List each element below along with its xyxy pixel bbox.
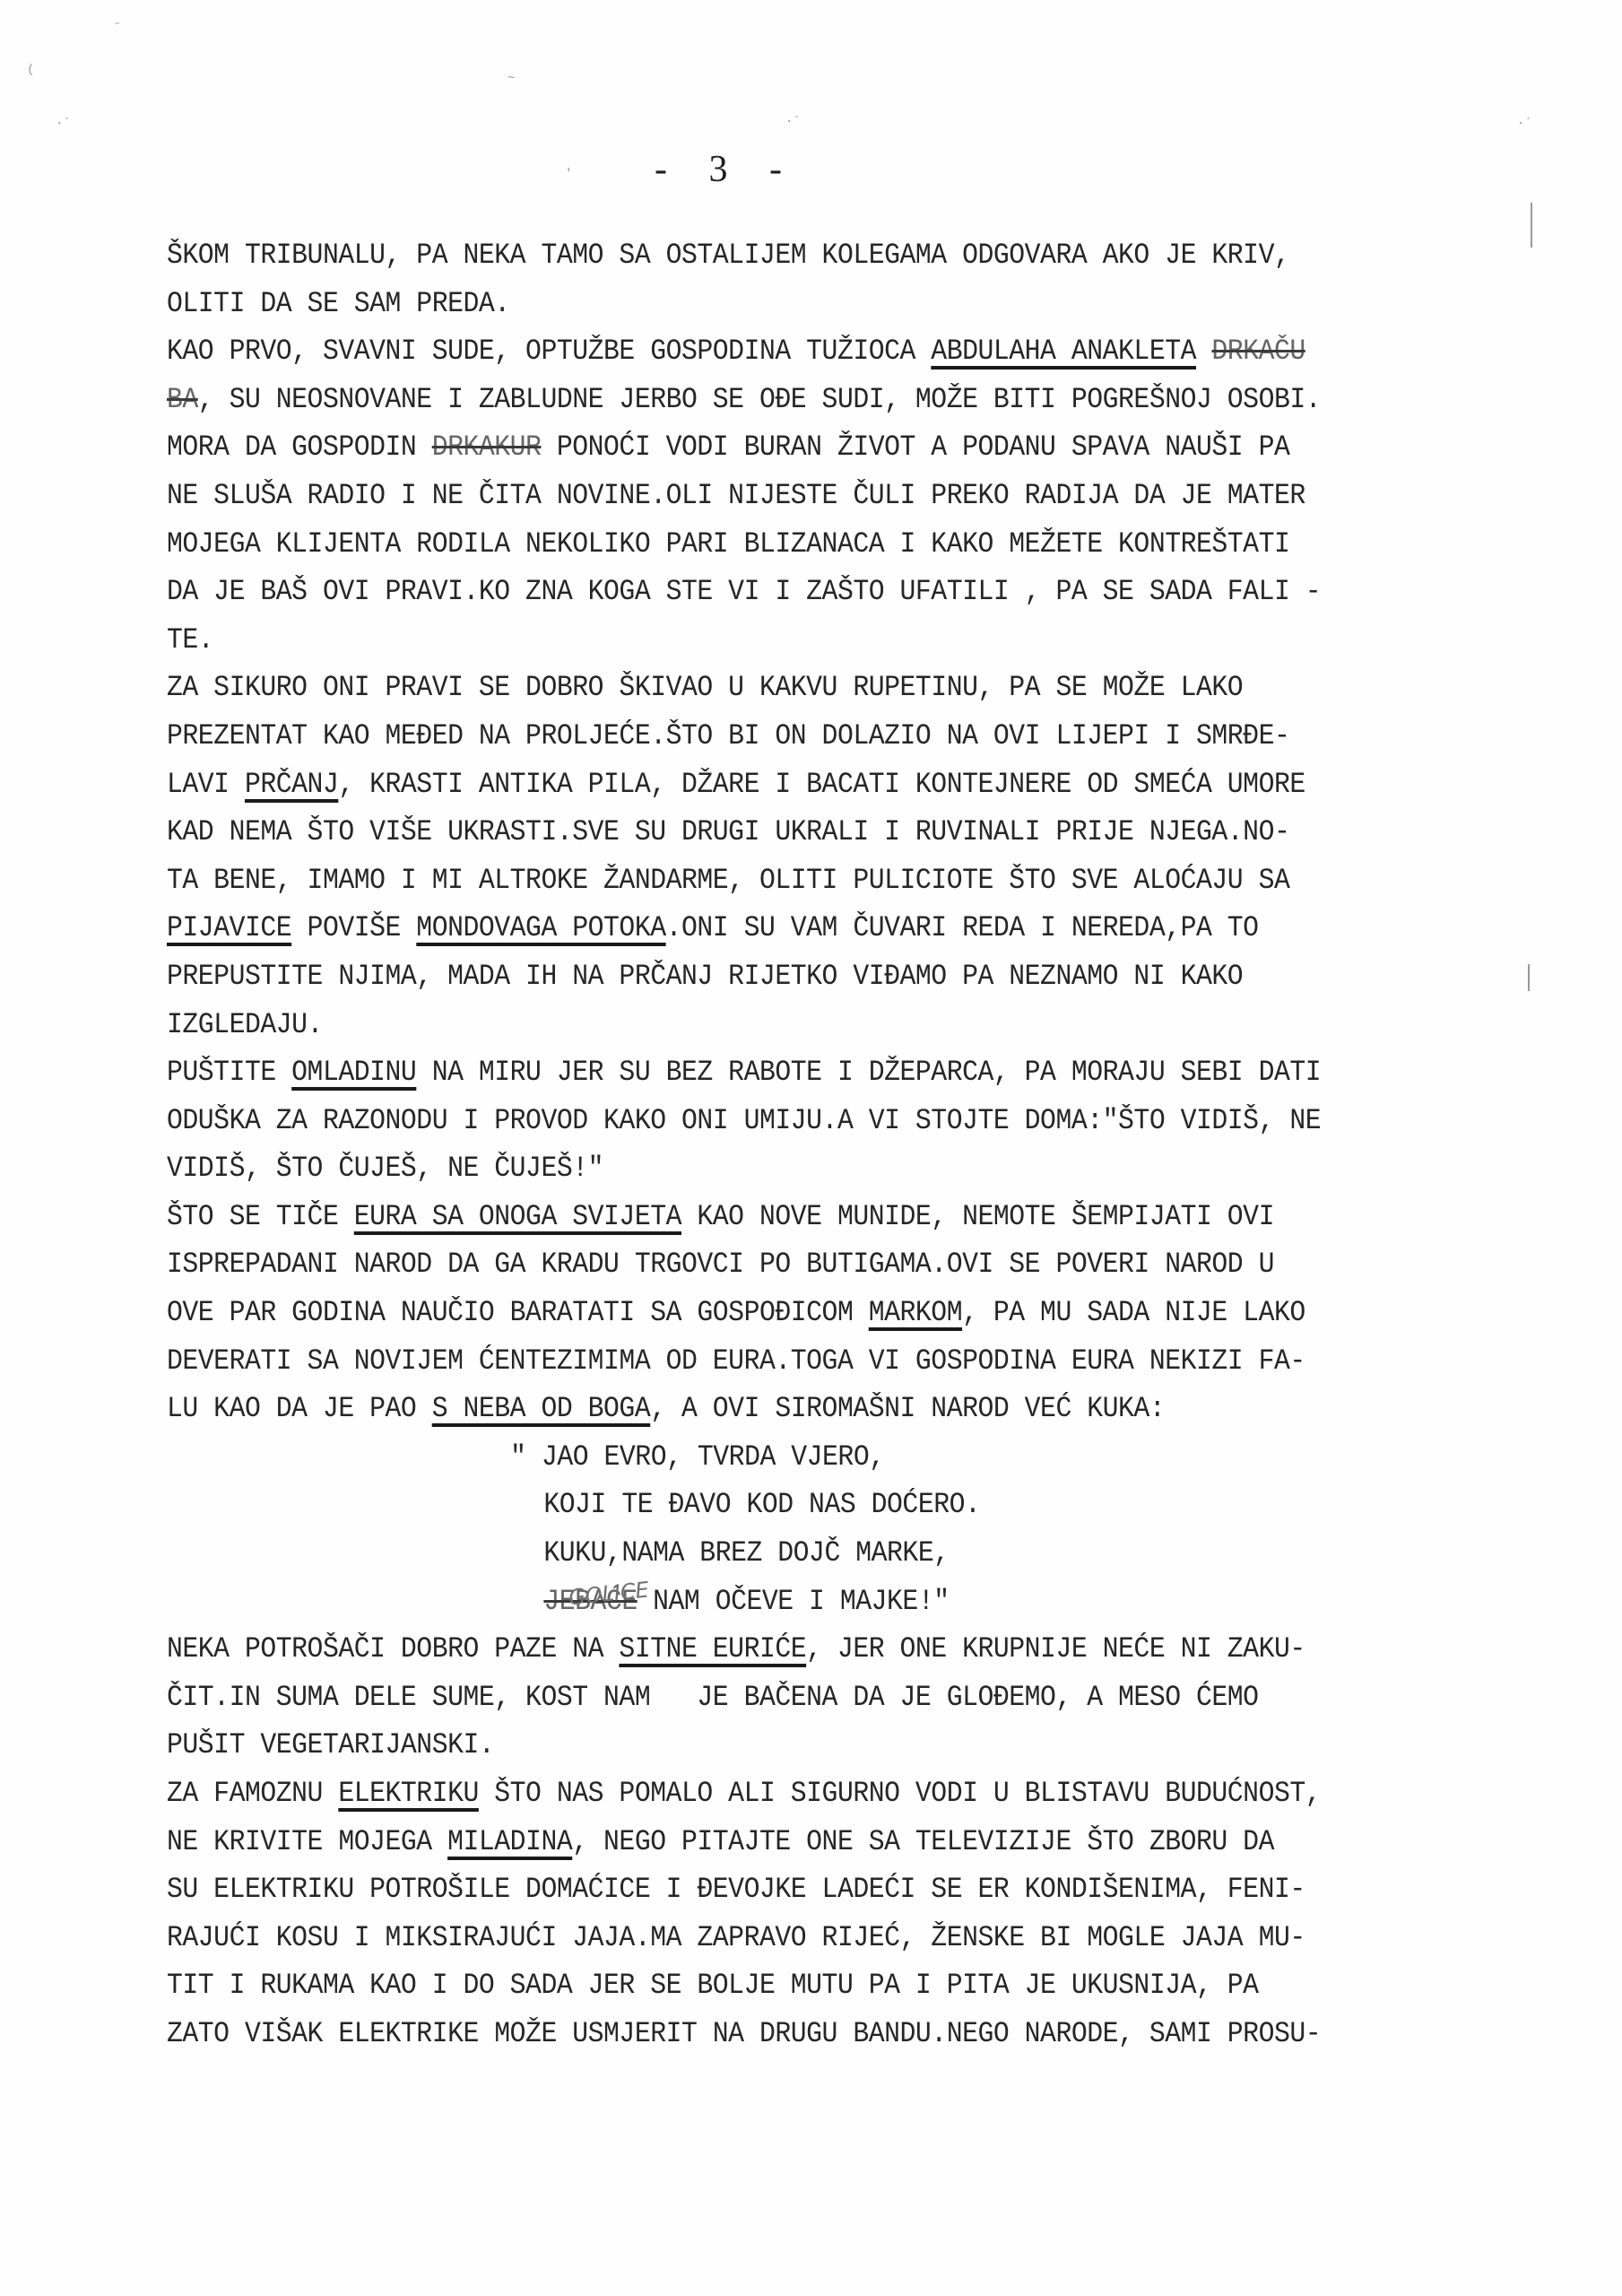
text-line: SU ELEKTRIKU POTROŠILE DOMAĆICE I ĐEVOJK… — [167, 1865, 1518, 1914]
text-line: IZGLEDAJU. — [167, 1001, 1518, 1049]
text-line: ZA SIKURO ONI PRAVI SE DOBRO ŠKIVAO U KA… — [167, 664, 1518, 712]
text-segment: KAO PRVO, SVAVNI SUDE, OPTUŽBE GOSPODINA… — [167, 335, 931, 368]
typed-body-text: ŠKOM TRIBUNALU, PA NEKA TAMO SA OSTALIJE… — [167, 231, 1619, 2058]
text-segment: ISPREPADANI NAROD DA GA KRADU TRGOVCI PO… — [167, 1248, 1274, 1281]
page-number: - 3 - — [655, 148, 798, 191]
text-line: ODUŠKA ZA RAZONODU I PROVOD KAKO ONI UMI… — [167, 1097, 1518, 1145]
text-line: DA JE BAŠ OVI PRAVI.KO ZNA KOGA STE VI I… — [167, 568, 1518, 616]
text-segment: VIDIŠ, ŠTO ČUJEŠ, NE ČUJEŠ!" — [167, 1152, 603, 1185]
verse-line: " JAO EVRO, TVRDA VJERO, — [167, 1433, 1518, 1482]
text-line: MORA DA GOSPODIN DRKAKUR PONOĆI VODI BUR… — [167, 423, 1518, 472]
text-line: VIDIŠ, ŠTO ČUJEŠ, NE ČUJEŠ!" — [167, 1144, 1518, 1193]
underlined-phrase: DRKAKUR — [432, 430, 542, 464]
text-segment: KAD NEMA ŠTO VIŠE UKRASTI.SVE SU DRUGI U… — [167, 815, 1289, 848]
text-line: NE SLUŠA RADIO I NE ČITA NOVINE.OLI NIJE… — [167, 472, 1518, 520]
text-segment: ŠTO SE TIČE — [167, 1200, 354, 1233]
text-line: ZATO VIŠAK ELEKTRIKE MOŽE USMJERIT NA DR… — [167, 2010, 1518, 2058]
text-segment: , A OVI SIROMAŠNI NAROD VEĆ KUKA: — [650, 1392, 1165, 1425]
text-segment: NAM OČEVE I MAJKE!" — [638, 1585, 950, 1618]
text-segment: KUKU,NAMA BREZ DOJČ MARKE, — [543, 1536, 949, 1570]
text-segment: ČIT.IN SUMA DELE SUME, KOST NAM JE BAČEN… — [167, 1681, 1259, 1714]
text-segment: OLITI DA SE SAM PREDA. — [167, 287, 510, 320]
text-segment: TIT I RUKAMA KAO I DO SADA JER SE BOLJE … — [167, 1969, 1259, 2002]
text-segment: LU KAO DA JE PAO — [167, 1392, 432, 1425]
document-page: ˝ ~ ·´ ·´ ·´ ( ' - 3 - ŠKOM TRIBUNALU, P… — [0, 0, 1622, 2296]
text-segment: DEVERATI SA NOVIJEM ĆENTEZIMIMA OD EURA.… — [167, 1344, 1305, 1378]
text-line: NEKA POTROŠAČI DOBRO PAZE NA SITNE EURIĆ… — [167, 1625, 1518, 1674]
verse-line: JEBAĆE NAM OČEVE I MAJKE!" — [167, 1578, 1518, 1626]
text-segment: ŠTO NAS POMALO ALI SIGURNO VODI U BLISTA… — [479, 1777, 1321, 1810]
text-line: TE. — [167, 616, 1518, 665]
text-segment: MORA DA GOSPODIN — [167, 430, 432, 464]
text-line: LU KAO DA JE PAO S NEBA OD BOGA, A OVI S… — [167, 1385, 1518, 1433]
text-line: ZA FAMOZNU ELEKTRIKU ŠTO NAS POMALO ALI … — [167, 1770, 1518, 1818]
text-line: ČIT.IN SUMA DELE SUME, KOST NAM JE BAČEN… — [167, 1674, 1518, 1722]
text-line: PIJAVICE POVIŠE MONDOVAGA POTOKA.ONI SU … — [167, 904, 1518, 952]
text-line: PREZENTAT KAO MEĐED NA PROLJEĆE.ŠTO BI O… — [167, 712, 1518, 761]
text-line: BA, SU NEOSNOVANE I ZABLUDNE JERBO SE OĐ… — [167, 376, 1518, 424]
text-line: ŠTO SE TIČE EURA SA ONOGA SVIJETA KAO NO… — [167, 1193, 1518, 1241]
text-segment: ZATO VIŠAK ELEKTRIKE MOŽE USMJERIT NA DR… — [167, 2017, 1321, 2050]
text-segment: TA BENE, IMAMO I MI ALTROKE ŽANDARME, OL… — [167, 864, 1289, 897]
underlined-phrase: PRČANJ — [245, 768, 338, 801]
text-segment: " JAO EVRO, TVRDA VJERO, — [510, 1440, 884, 1474]
text-segment: PONOĆI VODI BURAN ŽIVOT A PODANU SPAVA N… — [541, 430, 1289, 464]
text-segment: RAJUĆI KOSU I MIKSIRAJUĆI JAJA.MA ZAPRAV… — [167, 1921, 1305, 1954]
text-segment: , NEGO PITAJTE ONE SA TELEVIZIJE ŠTO ZBO… — [572, 1825, 1274, 1858]
underlined-phrase: EURA SA ONOGA SVIJETA — [354, 1200, 681, 1233]
text-segment: , SU NEOSNOVANE I ZABLUDNE JERBO SE OĐE … — [198, 383, 1321, 416]
text-line: KAO PRVO, SVAVNI SUDE, OPTUŽBE GOSPODINA… — [167, 327, 1518, 376]
text-line: MOJEGA KLIJENTA RODILA NEKOLIKO PARI BLI… — [167, 520, 1518, 569]
text-segment: DA JE BAŠ OVI PRAVI.KO ZNA KOGA STE VI I… — [167, 575, 1321, 608]
text-line: DEVERATI SA NOVIJEM ĆENTEZIMIMA OD EURA.… — [167, 1337, 1518, 1386]
underlined-phrase: SITNE EURIĆE — [619, 1632, 806, 1665]
underlined-phrase: S NEBA OD BOGA — [432, 1392, 651, 1425]
underlined-phrase: ABDULAHA ANAKLETA — [931, 335, 1196, 368]
text-segment: .ONI SU VAM ČUVARI REDA I NEREDA,PA TO — [666, 911, 1259, 944]
text-segment: POVIŠE — [291, 911, 416, 944]
text-line: TIT I RUKAMA KAO I DO SADA JER SE BOLJE … — [167, 1961, 1518, 2010]
text-line: KAD NEMA ŠTO VIŠE UKRASTI.SVE SU DRUGI U… — [167, 808, 1518, 857]
text-segment: NE SLUŠA RADIO I NE ČITA NOVINE.OLI NIJE… — [167, 479, 1305, 512]
verse-line: KOJI TE ĐAVO KOD NAS DOĆERO. — [167, 1481, 1518, 1529]
text-segment: KOJI TE ĐAVO KOD NAS DOĆERO. — [543, 1488, 980, 1521]
text-line: TA BENE, IMAMO I MI ALTROKE ŽANDARME, OL… — [167, 857, 1518, 905]
text-line: LAVI PRČANJ, KRASTI ANTIKA PILA, DŽARE I… — [167, 761, 1518, 809]
text-segment: PUŠTITE — [167, 1056, 291, 1089]
text-segment: NA MIRU JER SU BEZ RABOTE I DŽEPARCA, PA… — [416, 1056, 1321, 1089]
struck-out-text: DRKAČU — [1211, 335, 1305, 368]
text-segment: TE. — [167, 623, 213, 657]
struck-out-text: BA — [167, 383, 198, 416]
text-segment: OVE PAR GODINA NAUČIO BARATATI SA GOSPOĐ… — [167, 1296, 869, 1329]
text-segment: SU ELEKTRIKU POTROŠILE DOMAĆICE I ĐEVOJK… — [167, 1873, 1305, 1906]
underlined-phrase: OMLADINU — [291, 1056, 416, 1089]
text-line: OLITI DA SE SAM PREDA. — [167, 280, 1518, 328]
text-line: ŠKOM TRIBUNALU, PA NEKA TAMO SA OSTALIJE… — [167, 231, 1518, 280]
text-segment: , JER ONE KRUPNIJE NEĆE NI ZAKU- — [806, 1632, 1305, 1665]
text-segment — [1196, 335, 1211, 368]
text-segment: PREZENTAT KAO MEĐED NA PROLJEĆE.ŠTO BI O… — [167, 719, 1289, 752]
text-line: OVE PAR GODINA NAUČIO BARATATI SA GOSPOĐ… — [167, 1289, 1518, 1337]
text-segment: , KRASTI ANTIKA PILA, DŽARE I BACATI KON… — [338, 768, 1305, 801]
text-segment: , PA MU SADA NIJE LAKO — [962, 1296, 1305, 1329]
text-segment: PREPUSTITE NJIMA, MADA IH NA PRČANJ RIJE… — [167, 960, 1243, 993]
text-segment: ZA SIKURO ONI PRAVI SE DOBRO ŠKIVAO U KA… — [167, 671, 1243, 704]
text-segment: NEKA POTROŠAČI DOBRO PAZE NA — [167, 1632, 619, 1665]
text-line: NE KRIVITE MOJEGA MILADINA, NEGO PITAJTE… — [167, 1818, 1518, 1866]
text-segment: ODUŠKA ZA RAZONODU I PROVOD KAKO ONI UMI… — [167, 1104, 1321, 1137]
text-segment: ŠKOM TRIBUNALU, PA NEKA TAMO SA OSTALIJE… — [167, 239, 1289, 272]
text-segment: LAVI — [167, 768, 245, 801]
text-segment: MOJEGA KLIJENTA RODILA NEKOLIKO PARI BLI… — [167, 527, 1289, 561]
underlined-phrase: ELEKTRIKU — [338, 1777, 479, 1810]
text-line: RAJUĆI KOSU I MIKSIRAJUĆI JAJA.MA ZAPRAV… — [167, 1914, 1518, 1962]
underlined-phrase: PIJAVICE — [167, 911, 291, 944]
text-line: ISPREPADANI NAROD DA GA KRADU TRGOVCI PO… — [167, 1240, 1518, 1289]
underlined-phrase: MONDOVAGA POTOKA — [416, 911, 665, 944]
text-segment: PUŠIT VEGETARIJANSKI. — [167, 1728, 494, 1761]
text-line: PUŠIT VEGETARIJANSKI. — [167, 1721, 1518, 1770]
text-line: PUŠTITE OMLADINU NA MIRU JER SU BEZ RABO… — [167, 1048, 1518, 1097]
text-line: PREPUSTITE NJIMA, MADA IH NA PRČANJ RIJE… — [167, 952, 1518, 1001]
verse-line: KUKU,NAMA BREZ DOJČ MARKE, — [167, 1529, 1518, 1578]
underlined-phrase: MARKOM — [869, 1296, 962, 1329]
text-segment: KAO NOVE MUNIDE, NEMOTE ŠEMPIJATI OVI — [681, 1200, 1274, 1233]
text-segment: ZA FAMOZNU — [167, 1777, 338, 1810]
text-segment: NE KRIVITE MOJEGA — [167, 1825, 447, 1858]
underlined-phrase: MILADINA — [447, 1825, 572, 1858]
text-segment: IZGLEDAJU. — [167, 1008, 323, 1041]
